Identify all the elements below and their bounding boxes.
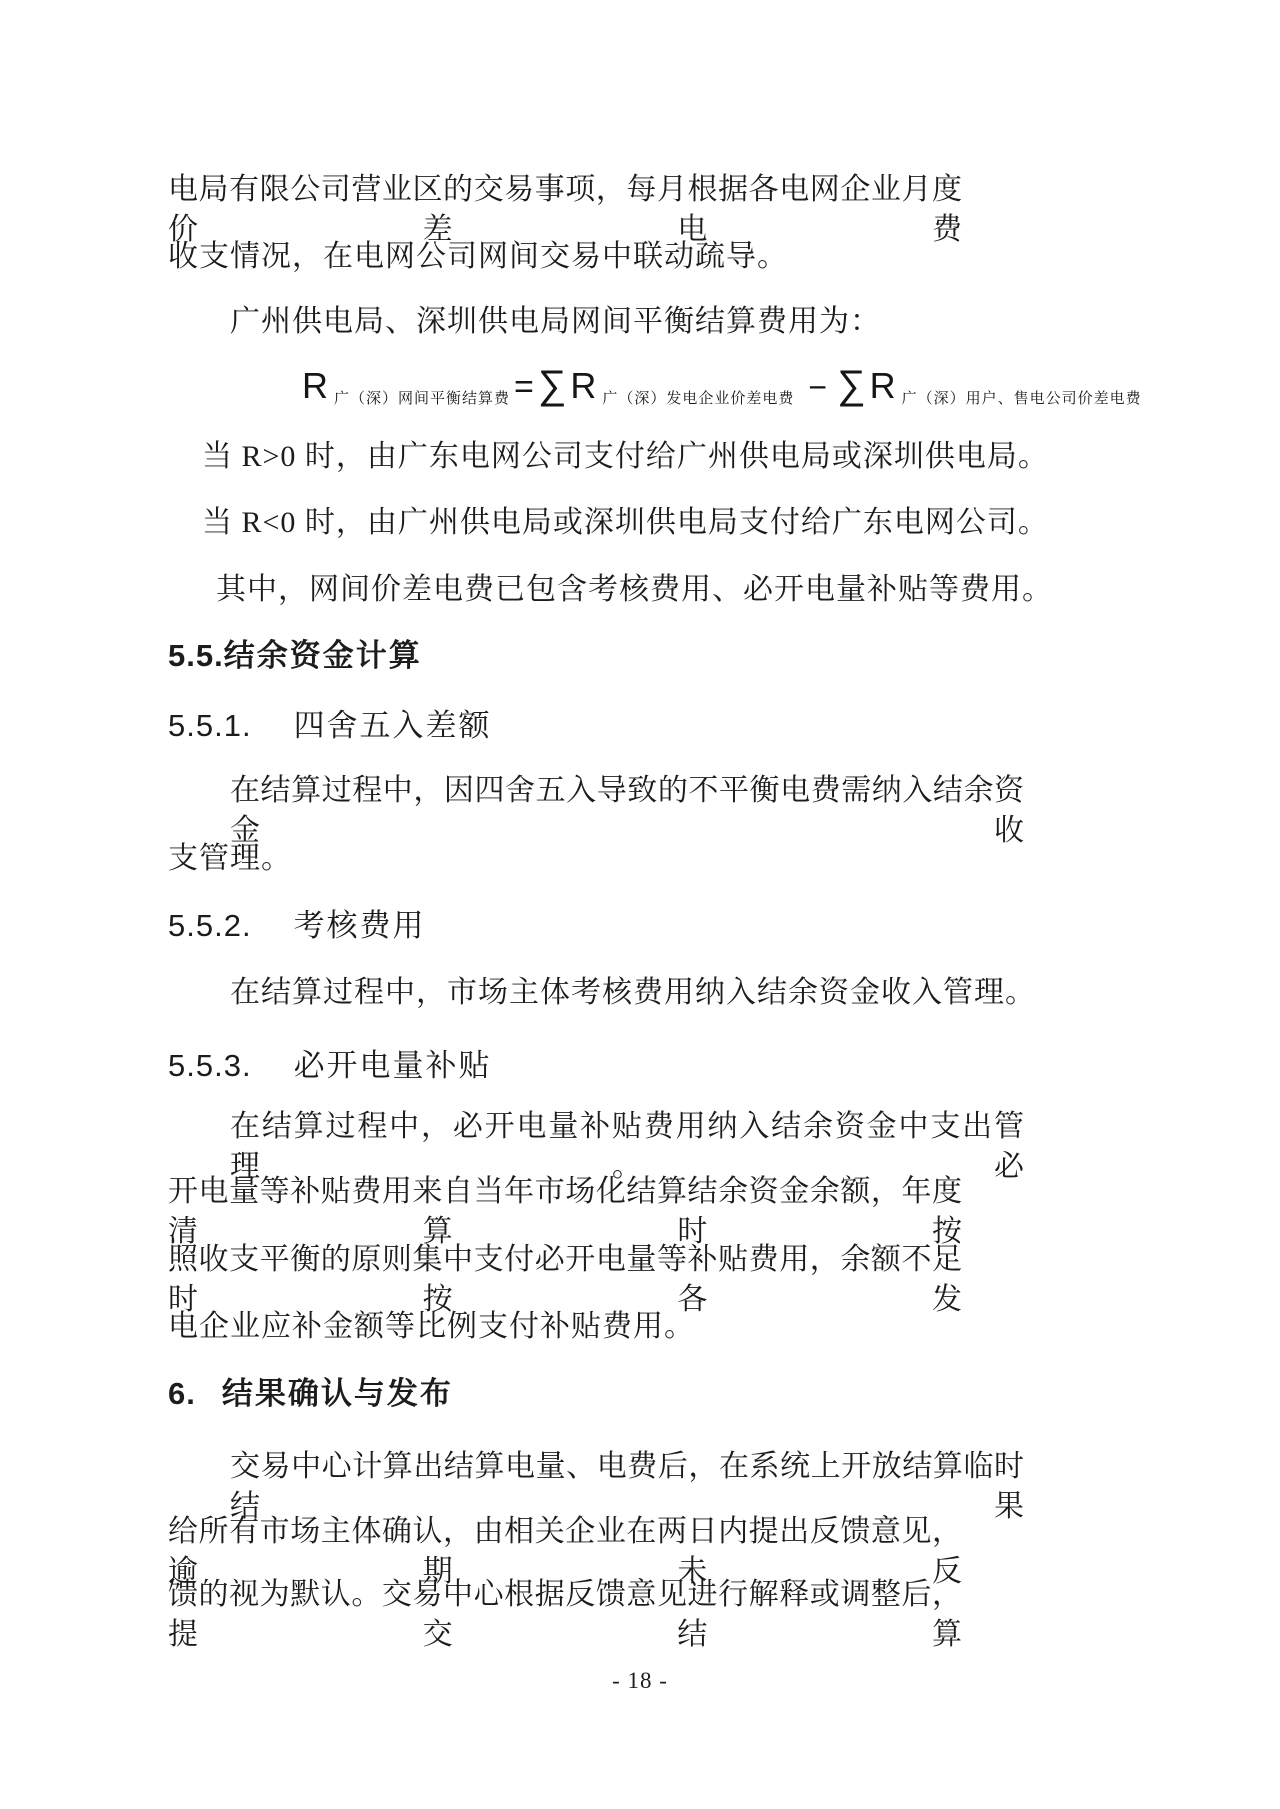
- section-title: 结余资金计算: [224, 638, 422, 673]
- section-heading-5-5-3: 5.5.3.必开电量补贴: [168, 1046, 492, 1086]
- paragraph-line: 支管理。: [168, 839, 962, 879]
- section-heading-5-5-1: 5.5.1.四舍五入差额: [168, 706, 492, 746]
- minus-sign: −: [808, 369, 827, 406]
- document-page: 电局有限公司营业区的交易事项，每月根据各电网企业月度价差电费 收支情况，在电网公…: [0, 0, 1280, 1809]
- paragraph-line: 收支情况，在电网公司网间交易中联动疏导。: [168, 237, 962, 277]
- paragraph-line: 当 R>0 时，由广东电网公司支付给广州供电局或深圳供电局。: [168, 437, 996, 477]
- section-number: 5.5.2.: [168, 908, 252, 943]
- formula-subscript: 广（深）用户、售电公司价差电费: [902, 387, 1142, 408]
- paragraph-line: 其中，网间价差电费已包含考核费用、必开电量补贴等费用。: [168, 570, 1010, 610]
- paragraph-line: 在结算过程中，市场主体考核费用纳入结余资金收入管理。: [168, 973, 1024, 1013]
- section-heading-5-5-2: 5.5.2.考核费用: [168, 906, 426, 946]
- formula-variable: R: [870, 366, 896, 406]
- summation-symbol: ∑: [538, 363, 567, 408]
- page-number: - 18 -: [0, 1668, 1280, 1694]
- formula-variable: R: [302, 366, 328, 406]
- section-title: 必开电量补贴: [294, 1048, 492, 1083]
- settlement-formula: R 广（深）网间平衡结算费 = ∑ R 广（深）发电企业价差电费 − ∑ R 广…: [302, 363, 1142, 408]
- section-title: 考核费用: [294, 908, 426, 943]
- summation-symbol: ∑: [837, 363, 866, 408]
- section-number: 5.5.3.: [168, 1048, 252, 1083]
- paragraph-line: 当 R<0 时，由广州供电局或深圳供电局支付给广东电网公司。: [168, 503, 996, 543]
- formula-variable: R: [570, 366, 596, 406]
- section-heading-5-5: 5.5.结余资金计算: [168, 636, 422, 676]
- section-number: 6.: [168, 1376, 196, 1411]
- paragraph-line: 电企业应补金额等比例支付补贴费用。: [168, 1307, 962, 1347]
- section-title: 结果确认与发布: [222, 1376, 453, 1411]
- section-heading-6: 6.结果确认与发布: [168, 1374, 453, 1414]
- section-number: 5.5.: [168, 638, 224, 673]
- formula-subscript: 广（深）网间平衡结算费: [334, 387, 510, 408]
- formula-subscript: 广（深）发电企业价差电费: [602, 387, 794, 408]
- paragraph-line: 馈的视为默认。交易中心根据反馈意见进行解释或调整后，提交结算: [168, 1575, 962, 1655]
- section-number: 5.5.1.: [168, 708, 252, 743]
- equals-sign: =: [514, 368, 534, 407]
- paragraph-line: 广州供电局、深圳供电局网间平衡结算费用为：: [168, 302, 1024, 342]
- section-title: 四舍五入差额: [294, 708, 492, 743]
